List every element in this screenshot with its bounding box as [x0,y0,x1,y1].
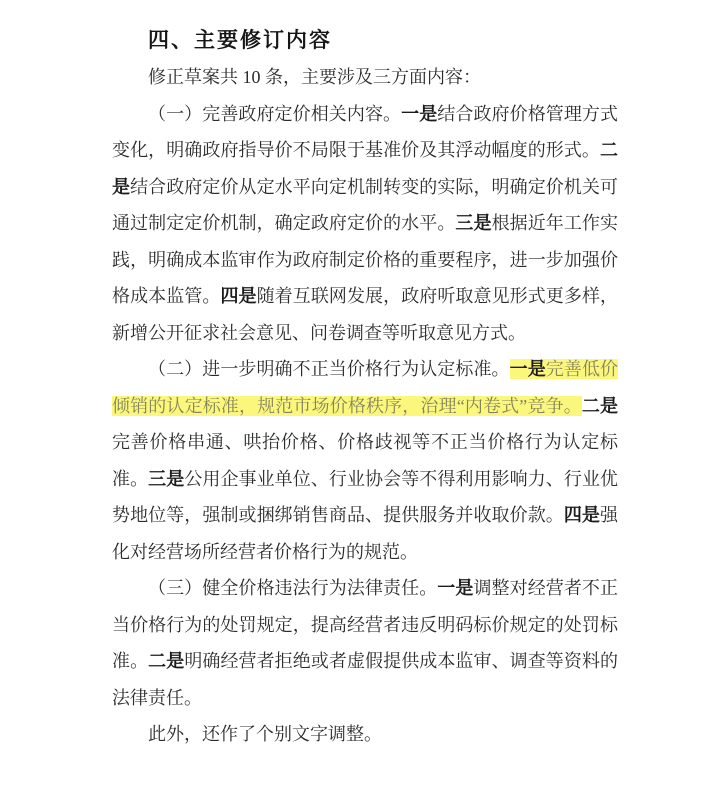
paragraph: （一）完善政府定价相关内容。一是结合政府价格管理方式变化，明确政府指导价不局限于… [112,96,618,352]
bold-text-run: 四是 [564,505,600,525]
document-page: 四、主要修订内容 修正草案共 10 条，主要涉及三方面内容：（一）完善政府定价相… [0,0,721,800]
bold-text-run: 三是 [148,469,184,489]
text-run: 公用企事业单位、行业协会等不得利用影响力、行业优势地位等，强制或捆绑销售商品、提… [112,469,618,526]
paragraph: 修正草案共 10 条，主要涉及三方面内容： [112,59,618,96]
bold-text-run: 一是 [437,578,473,598]
text-run: （二）进一步明确不正当价格行为认定标准。 [148,359,510,379]
highlighted-bold-text-run: 一是 [510,359,546,379]
bold-text-run: 一是 [401,104,437,124]
bold-text-run: 二是 [148,651,184,671]
text-run: 此外，还作了个别文字调整。 [148,724,382,744]
text-run: （一）完善政府定价相关内容。 [148,104,401,124]
paragraph: 此外，还作了个别文字调整。 [112,716,618,753]
text-run: （三）健全价格违法行为法律责任。 [148,578,437,598]
bold-text-run: 三是 [455,213,491,233]
text-run: 修正草案共 10 条，主要涉及三方面内容： [148,67,481,87]
document-body: 修正草案共 10 条，主要涉及三方面内容：（一）完善政府定价相关内容。一是结合政… [112,59,618,753]
section-heading: 四、主要修订内容 [112,22,618,59]
paragraph: （二）进一步明确不正当价格行为认定标准。一是完善低价倾销的认定标准，规范市场价格… [112,351,618,570]
bold-text-run: 四是 [220,286,256,306]
document-content: 四、主要修订内容 修正草案共 10 条，主要涉及三方面内容：（一）完善政府定价相… [112,22,618,753]
text-run: 明确经营者拒绝或者虚假提供成本监审、调查等资料的法律责任。 [112,651,618,708]
paragraph: （三）健全价格违法行为法律责任。一是调整对经营者不正当价格行为的处罚规定，提高经… [112,570,618,716]
bold-text-run: 二是 [582,396,618,416]
